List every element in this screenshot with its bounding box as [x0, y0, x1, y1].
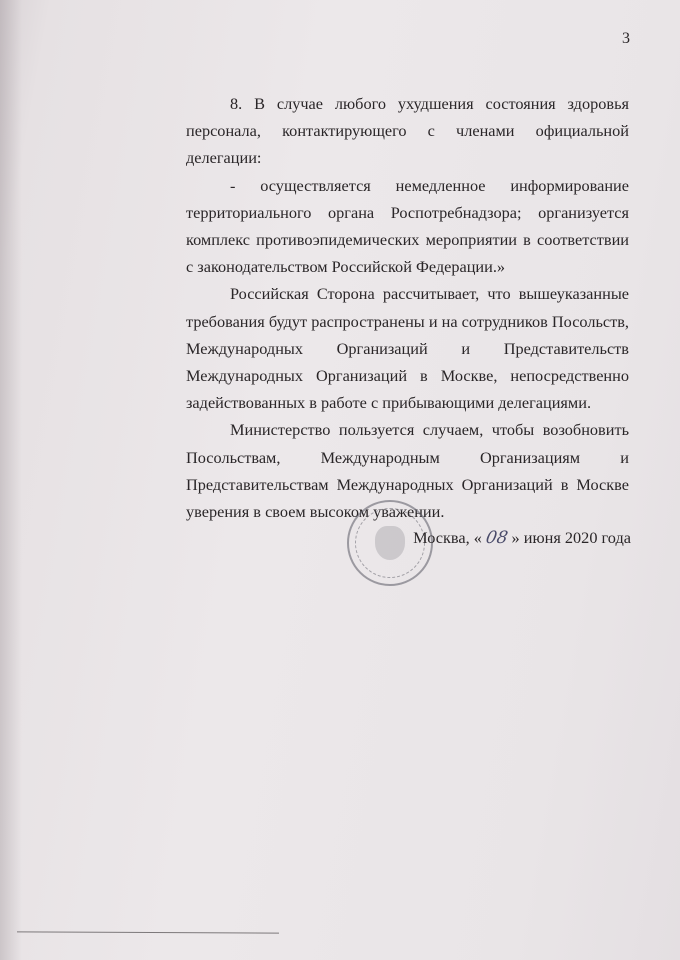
date-suffix: » июня 2020 года [512, 528, 631, 547]
paragraph-notification: - осуществляется немедленное информирова… [186, 172, 629, 281]
footnote-divider [17, 931, 279, 933]
page-number: 3 [622, 30, 630, 48]
place-date-line: Москва, «08» июня 2020 года [341, 528, 631, 548]
paragraph-russian-side: Российская Сторона рассчитывает, что выш… [186, 280, 629, 416]
letter-body: 8. В случае любого ухудшения состояния з… [186, 90, 629, 525]
page-edge-shadow [0, 0, 22, 960]
paragraph-item-8: 8. В случае любого ухудшения состояния з… [186, 90, 629, 172]
place-label: Москва, « [413, 528, 482, 547]
handwritten-day: 08 [484, 528, 509, 548]
